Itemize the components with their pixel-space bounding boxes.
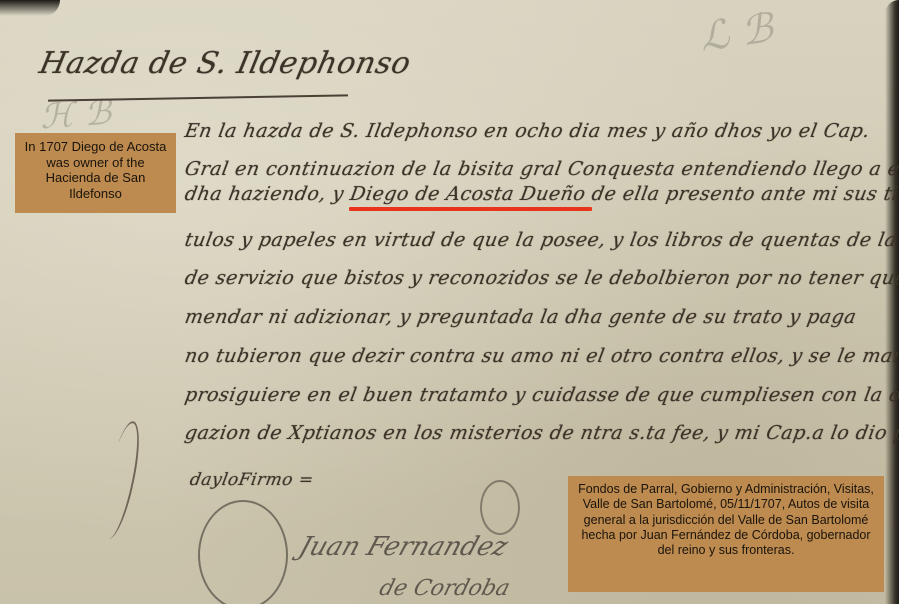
manuscript-line: Gral en continuazion de la bisita gral C…: [183, 158, 899, 180]
manuscript-page: ℋ ℬ ℒ ℬ Hazda de S. Ildephonso En la haz…: [0, 0, 899, 604]
manuscript-line: no tubieron que dezir contra su amo ni e…: [183, 345, 899, 367]
highlight-underline: [349, 207, 592, 211]
manuscript-line: prosiguiere en el buen tratamto y cuidas…: [183, 384, 899, 406]
page-right-edge: [885, 0, 899, 604]
signature: Juan Fernandez: [295, 532, 512, 562]
manuscript-line: tulos y papeles en virtud de que la pose…: [183, 229, 899, 251]
margin-flourish: [96, 419, 146, 542]
manuscript-line: dha haziendo, y Diego de Acosta Dueño de…: [183, 183, 899, 205]
bleed-through-mark: ℒ ℬ: [697, 5, 776, 61]
manuscript-line: En la hazda de S. Ildephonso en ocho dia…: [183, 120, 872, 142]
signature-rubric-loop: [480, 480, 520, 535]
annotation-source-citation: Fondos de Parral, Gobierno y Administrac…: [568, 476, 884, 592]
manuscript-line: gazion de Xptianos en los misterios de n…: [183, 422, 899, 444]
manuscript-line: mendar ni adizionar, y preguntada la dha…: [183, 306, 858, 328]
signature-line-2: de Cordoba: [377, 576, 513, 601]
document-heading: Hazda de S. Ildephonso: [36, 46, 414, 81]
page-corner-shadow: [0, 0, 60, 16]
signature-rubric: [198, 500, 288, 604]
annotation-owner-note: In 1707 Diego de Acosta was owner of the…: [15, 133, 176, 213]
manuscript-line: dayloFirmo =: [188, 470, 315, 490]
manuscript-line: de servizio que bistos y reconozidos se …: [183, 267, 899, 289]
